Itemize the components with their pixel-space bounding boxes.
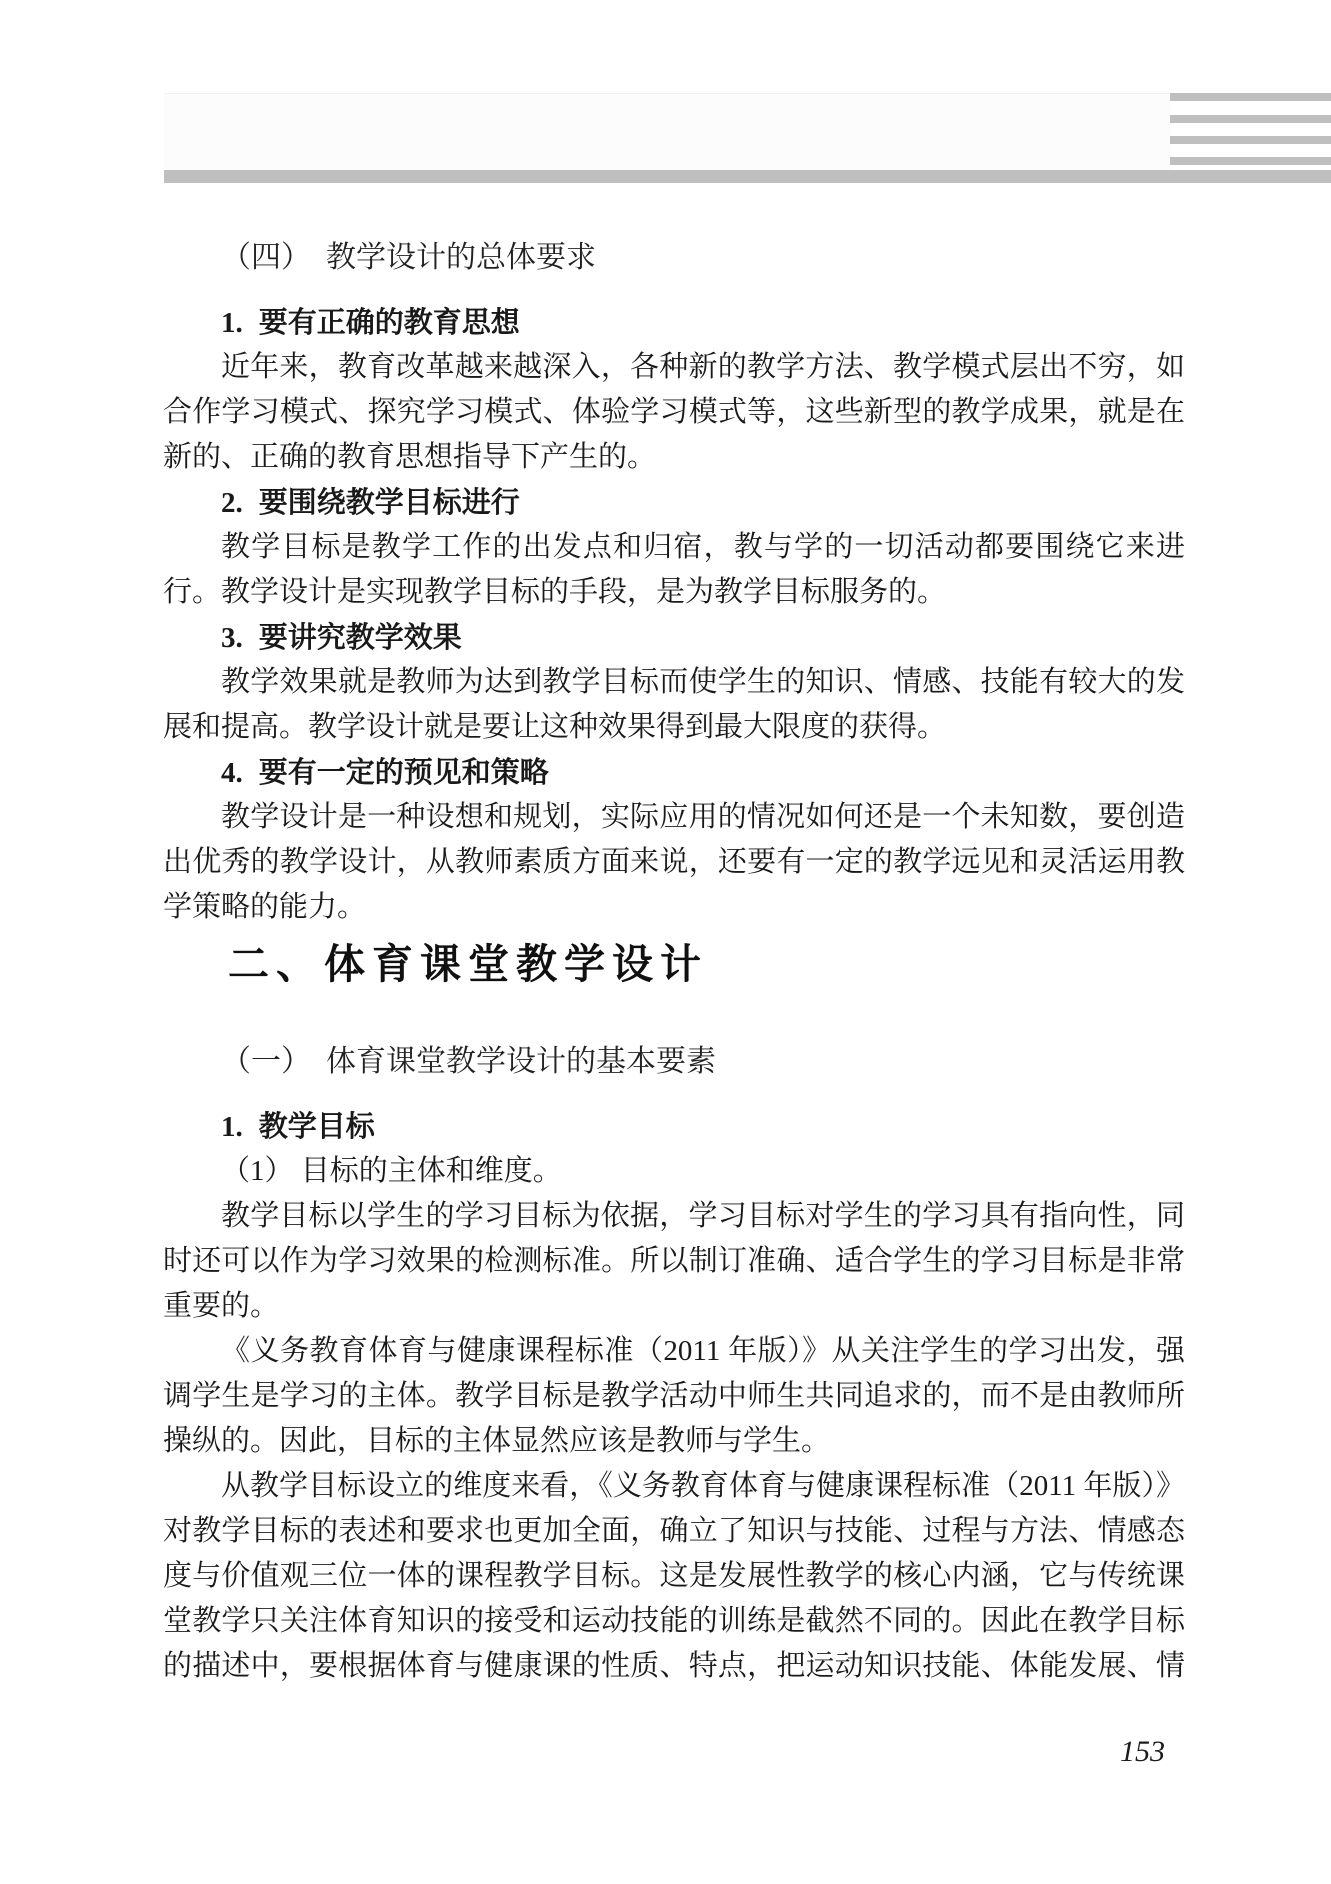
text-line: 出优秀的教学设计，从教师素质方面来说，还要有一定的教学远见和灵活运用教 xyxy=(163,840,1185,885)
text-line: 合作学习模式、探究学习模式、体验学习模式等，这些新型的教学成果，就是在 xyxy=(163,390,1185,435)
section-heading: （一） 体育课堂教学设计的基本要素 xyxy=(163,1039,1185,1084)
text-line: 教学目标以学生的学习目标为依据，学习目标对学生的学习具有指向性，同 xyxy=(163,1194,1185,1239)
text-line: 时还可以作为学习效果的检测标准。所以制订准确、适合学生的学习目标是非常 xyxy=(163,1239,1185,1284)
numbered-heading: 3.要讲究教学效果 xyxy=(163,615,1185,661)
chapter-heading: 二、体育课堂教学设计 xyxy=(228,936,708,992)
text-line: （1） 目标的主体和维度。 xyxy=(163,1149,1185,1194)
numbered-heading: 4.要有一定的预见和策略 xyxy=(163,750,1185,796)
text-line: 从教学目标设立的维度来看，《义务教育体育与健康课程标准（2011 年版）》 xyxy=(163,1464,1185,1509)
text-line: 的描述中，要根据体育与健康课的性质、特点，把运动知识技能、体能发展、情 xyxy=(163,1644,1185,1689)
heading-title: 要讲究教学效果 xyxy=(259,620,462,654)
text-line: 教学目标是教学工作的出发点和归宿，教与学的一切活动都要围绕它来进 xyxy=(163,525,1185,570)
text-line: 堂教学只关注体育知识的接受和运动技能的训练是截然不同的。因此在教学目标 xyxy=(163,1599,1185,1644)
heading-title: 要有正确的教育思想 xyxy=(259,305,520,339)
page-number: 153 xyxy=(1120,1735,1165,1769)
text-line: 教学效果就是教师为达到教学目标而使学生的知识、情感、技能有较大的发 xyxy=(163,660,1185,705)
heading-number: 4. xyxy=(221,757,243,789)
heading-number: 3. xyxy=(221,622,243,654)
text-line: 近年来，教育改革越来越深入，各种新的教学方法、教学模式层出不穷，如 xyxy=(163,345,1185,390)
numbered-heading: 1.要有正确的教育思想 xyxy=(163,300,1185,346)
heading-title: 教学目标 xyxy=(259,1109,375,1143)
text-line: 调学生是学习的主体。教学目标是教学活动中师生共同追求的，而不是由教师所 xyxy=(163,1374,1185,1419)
text-line: 教学设计是一种设想和规划，实际应用的情况如何还是一个未知数，要创造 xyxy=(163,795,1185,840)
text-line: 操纵的。因此，目标的主体显然应该是教师与学生。 xyxy=(163,1419,1185,1464)
numbered-heading: 1.教学目标 xyxy=(163,1104,1185,1150)
text-line: 《义务教育体育与健康课程标准（2011 年版）》从关注学生的学习出发，强 xyxy=(163,1329,1185,1374)
text-line: 学策略的能力。 xyxy=(163,885,1185,930)
text-line: 新的、正确的教育思想指导下产生的。 xyxy=(163,435,1185,480)
text-line: 度与价值观三位一体的课程教学目标。这是发展性教学的核心内涵，它与传统课 xyxy=(163,1554,1185,1599)
text-body: （四） 教学设计的总体要求1.要有正确的教育思想近年来，教育改革越来越深入，各种… xyxy=(0,0,1331,1884)
heading-number: 1. xyxy=(221,1111,243,1143)
text-line: 展和提高。教学设计就是要让这种效果得到最大限度的获得。 xyxy=(163,705,1185,750)
heading-title: 要有一定的预见和策略 xyxy=(259,755,549,789)
section-heading: （四） 教学设计的总体要求 xyxy=(163,235,1185,280)
heading-number: 1. xyxy=(221,307,243,339)
book-page: （四） 教学设计的总体要求1.要有正确的教育思想近年来，教育改革越来越深入，各种… xyxy=(0,0,1331,1884)
numbered-heading: 2.要围绕教学目标进行 xyxy=(163,480,1185,526)
text-line: 对教学目标的表述和要求也更加全面，确立了知识与技能、过程与方法、情感态 xyxy=(163,1509,1185,1554)
heading-number: 2. xyxy=(221,487,243,519)
heading-title: 要围绕教学目标进行 xyxy=(259,485,520,519)
text-line: 重要的。 xyxy=(163,1284,1185,1329)
text-line: 行。教学设计是实现教学目标的手段，是为教学目标服务的。 xyxy=(163,570,1185,615)
